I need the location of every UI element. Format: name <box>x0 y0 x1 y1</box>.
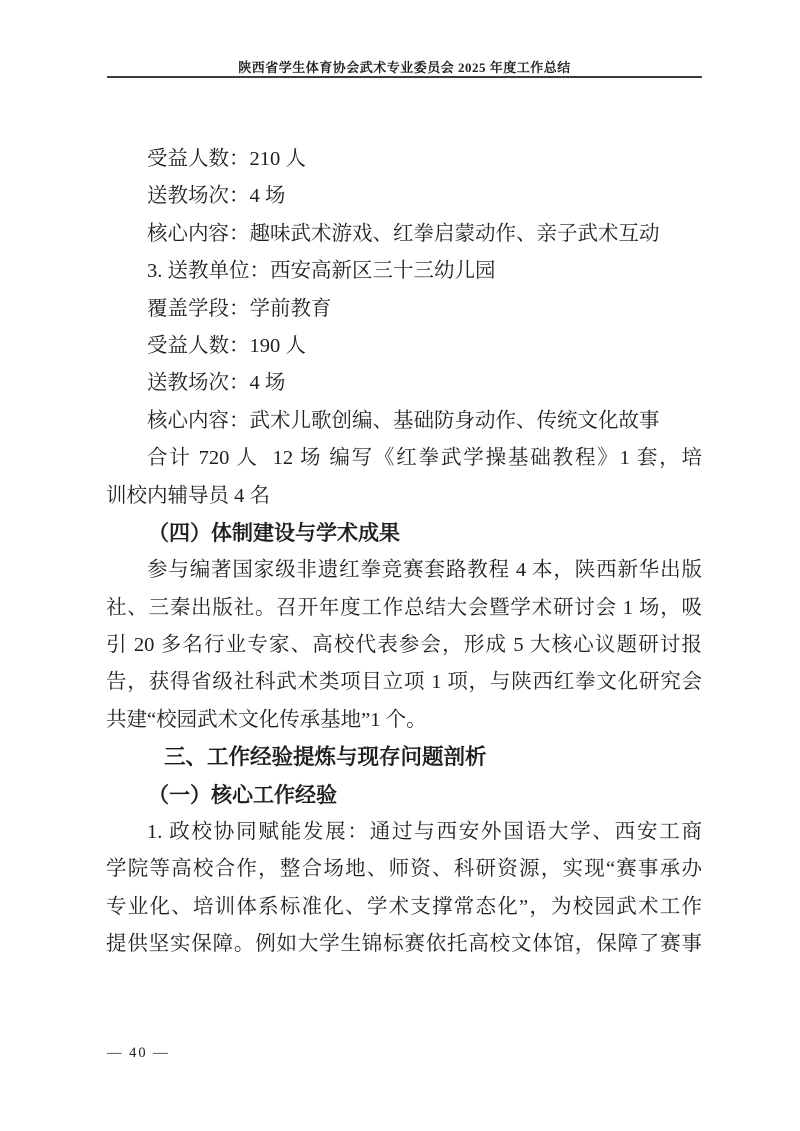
page-number: — 40 — <box>107 1045 170 1062</box>
text-line: 送教场次：4 场 <box>106 178 702 215</box>
text-line: 学院等高校合作，整合场地、师资、科研资源，实现“赛事承办 <box>106 851 702 888</box>
text-line: 专业化、培训体系标准化、学术支撑常态化”，为校园武术工作 <box>106 889 702 926</box>
text-line: 训校内辅导员 4 名 <box>106 478 702 515</box>
text-line: 合计 720 人 12 场 编写《红拳武学操基础教程》1 套，培 <box>106 440 702 477</box>
text-line: 告，获得省级社科武术类项目立项 1 项，与陕西红拳文化研究会 <box>106 664 702 701</box>
text-line: 受益人数：210 人 <box>106 141 702 178</box>
header-divider-rule <box>107 76 702 78</box>
text-line: 核心内容：武术儿歌创编、基础防身动作、传统文化故事 <box>106 403 702 440</box>
document-body: 受益人数：210 人送教场次：4 场核心内容：趣味武术游戏、红拳启蒙动作、亲子武… <box>106 141 702 964</box>
heading-line: （四）体制建设与学术成果 <box>106 515 702 552</box>
text-line: 社、三秦出版社。召开年度工作总结大会暨学术研讨会 1 场，吸 <box>106 590 702 627</box>
text-line: 提供坚实保障。例如大学生锦标赛依托高校文体馆，保障了赛事 <box>106 926 702 963</box>
text-line: 参与编著国家级非遗红拳竞赛套路教程 4 本，陕西新华出版 <box>106 552 702 589</box>
text-line: 送教场次：4 场 <box>106 365 702 402</box>
text-line: 受益人数：190 人 <box>106 328 702 365</box>
text-line: 3. 送教单位：西安高新区三十三幼儿园 <box>106 253 702 290</box>
heading-line: （一）核心工作经验 <box>106 777 702 814</box>
page-header-title: 陕西省学生体育协会武术专业委员会 2025 年度工作总结 <box>107 57 702 76</box>
text-line: 引 20 多名行业专家、高校代表参会，形成 5 大核心议题研讨报 <box>106 627 702 664</box>
document-page: 陕西省学生体育协会武术专业委员会 2025 年度工作总结 受益人数：210 人送… <box>0 0 800 1131</box>
text-line: 覆盖学段：学前教育 <box>106 291 702 328</box>
heading-line: 三、工作经验提炼与现存问题剖析 <box>106 739 702 776</box>
text-line: 共建“校园武术文化传承基地”1 个。 <box>106 702 702 739</box>
text-line: 1. 政校协同赋能发展：通过与西安外国语大学、西安工商 <box>106 814 702 851</box>
text-line: 核心内容：趣味武术游戏、红拳启蒙动作、亲子武术互动 <box>106 216 702 253</box>
